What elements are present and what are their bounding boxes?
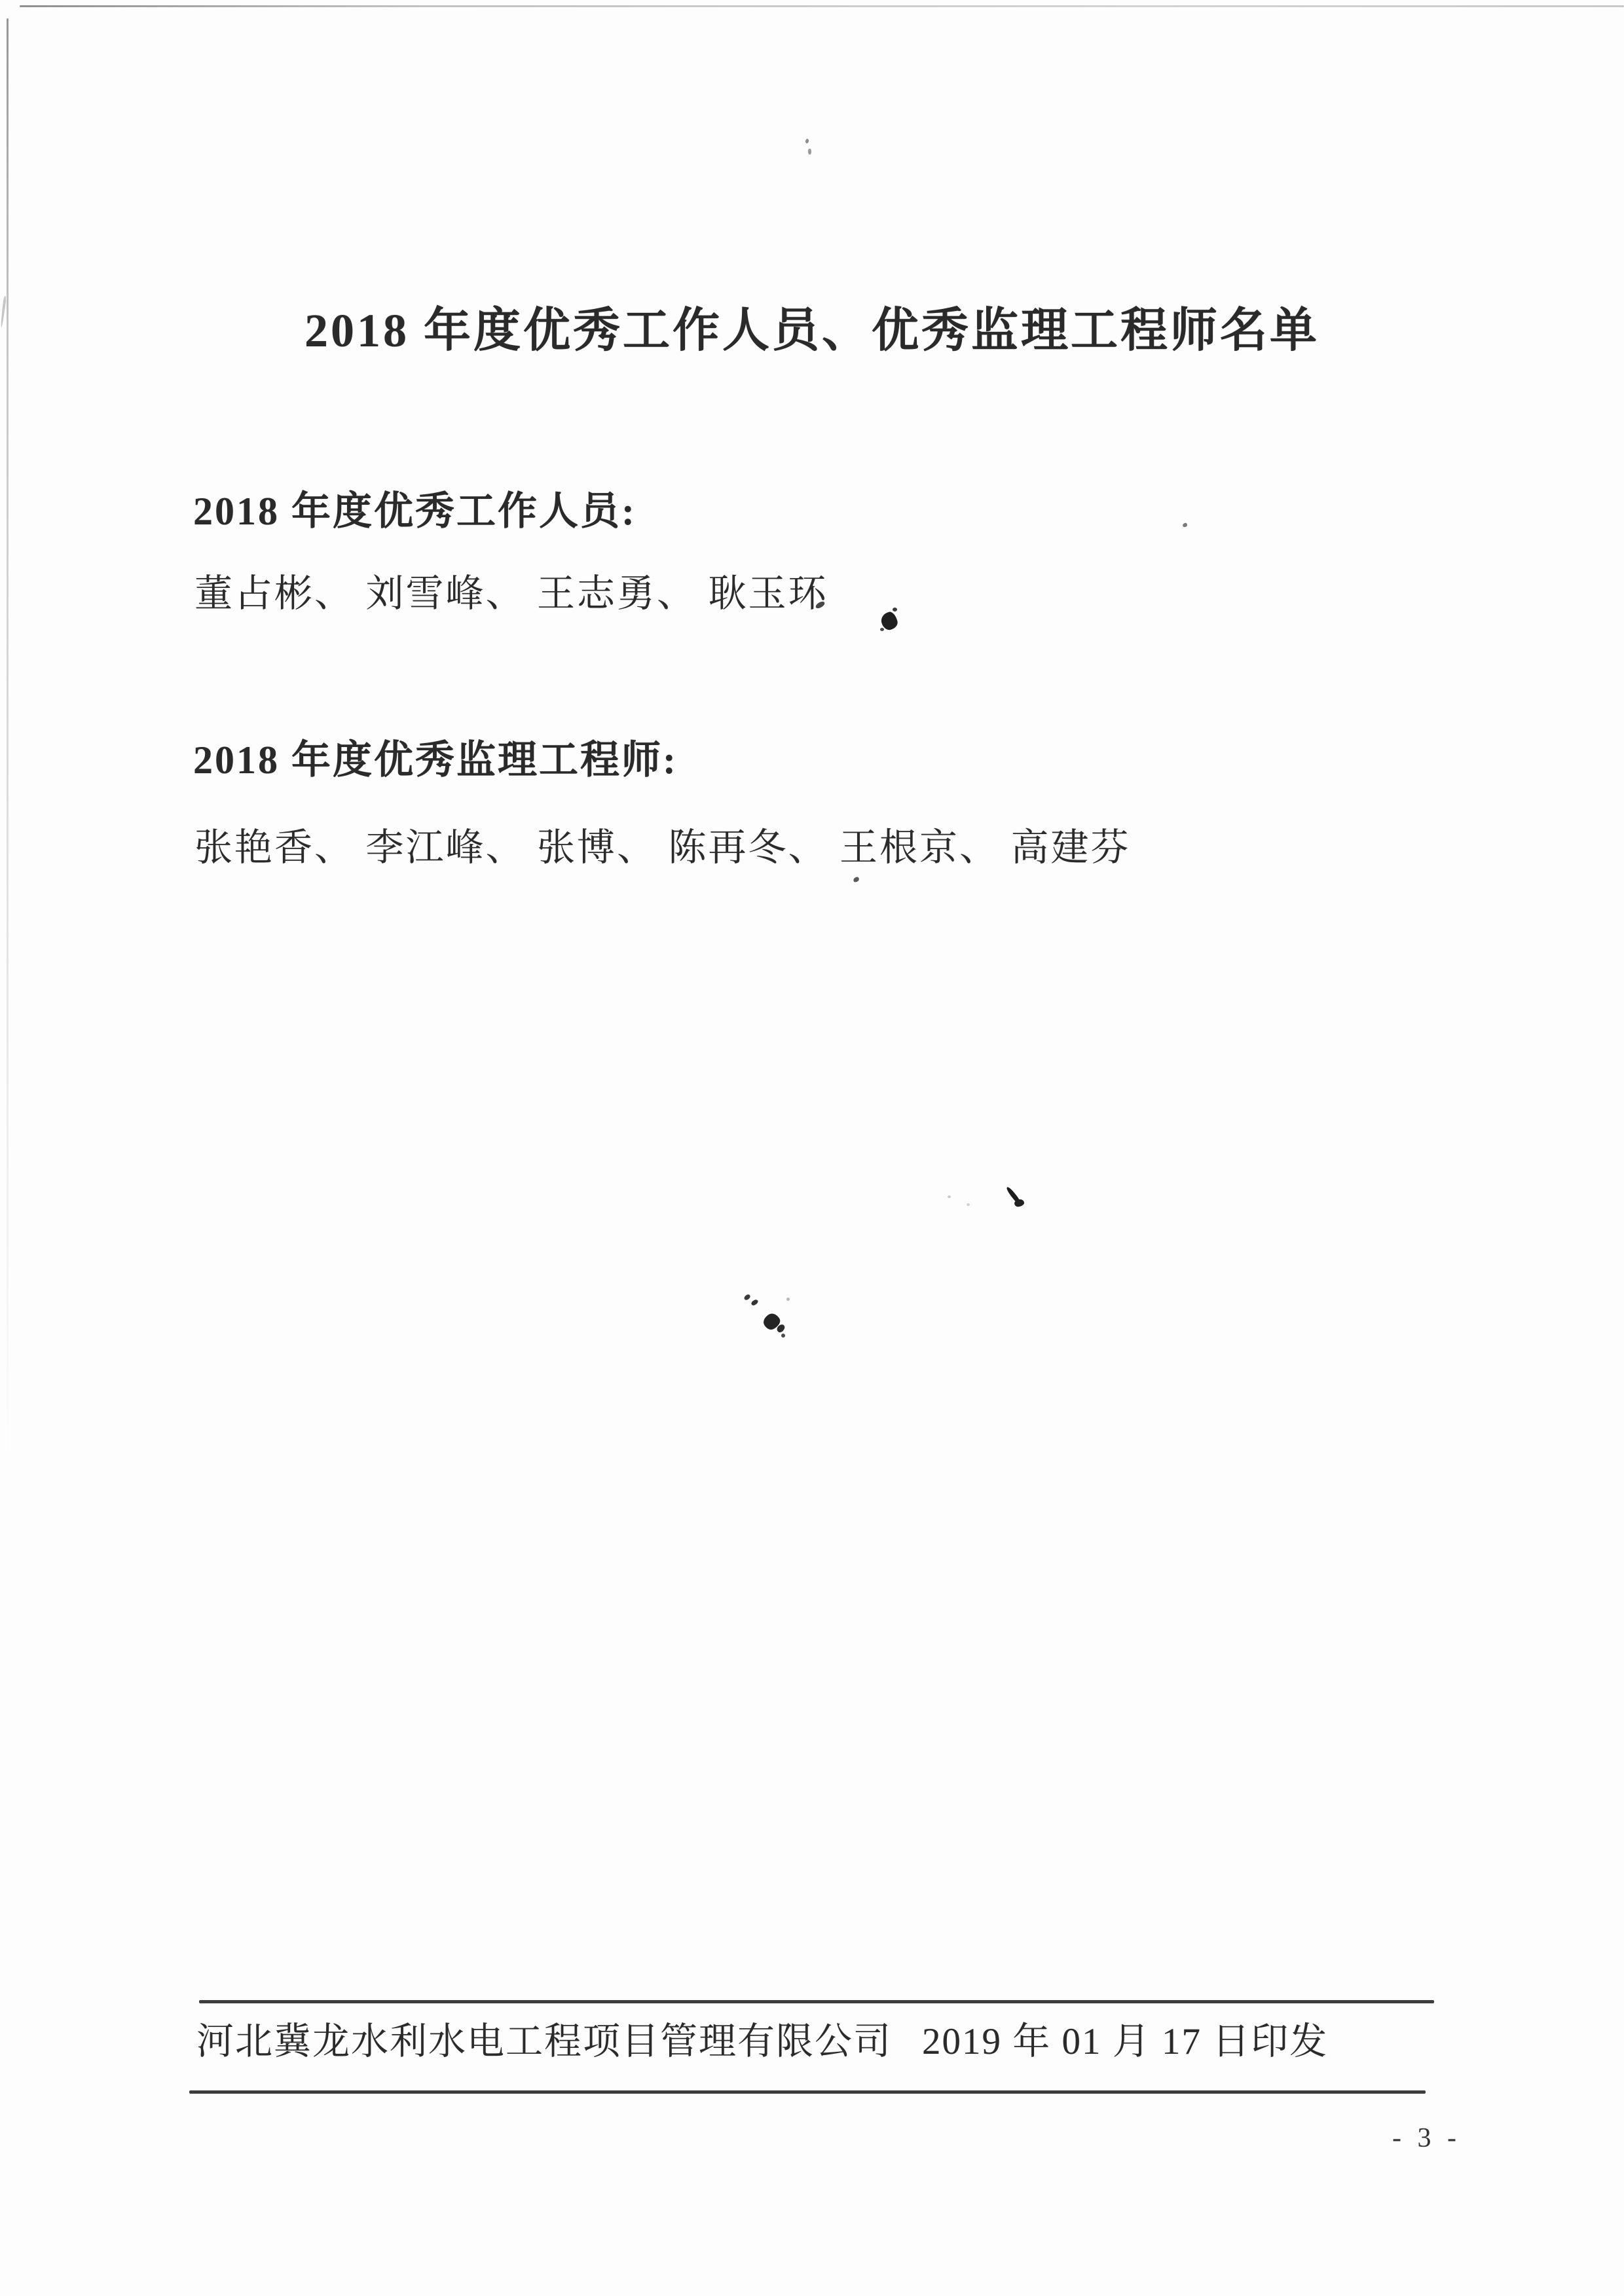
ink-speck <box>805 139 809 144</box>
ink-speck <box>967 1203 970 1206</box>
ink-speck <box>948 1195 951 1198</box>
footer-print-date: 2019 年 01 月 17 日印发 <box>922 2021 1328 2062</box>
names-list-outstanding-staff: 董占彬、 刘雪峰、 王志勇、 耿玉环 <box>194 572 828 616</box>
scan-edge-left-line <box>7 18 9 1819</box>
ink-speck <box>893 608 897 611</box>
ink-speck <box>750 1299 759 1306</box>
ink-blob <box>1014 1199 1025 1207</box>
document-title: 2018 年度优秀工作人员、优秀监理工程师名单 <box>0 302 1624 359</box>
footer-rule-top <box>199 2000 1434 2003</box>
ink-speck <box>808 149 811 155</box>
footer-issuer: 河北冀龙水利水电工程项目管理有限公司 <box>196 2021 892 2062</box>
ink-speck <box>853 877 860 883</box>
ink-speck <box>743 1294 751 1301</box>
section-heading-outstanding-staff: 2018 年度优秀工作人员: <box>193 490 637 533</box>
footer-imprint-line: 河北冀龙水利水电工程项目管理有限公司2019 年 01 月 17 日印发 <box>196 2022 1328 2063</box>
ink-speck <box>781 1334 785 1338</box>
ink-speck <box>880 628 884 631</box>
scanned-document-page: 2018 年度优秀工作人员、优秀监理工程师名单 2018 年度优秀工作人员: 董… <box>0 0 1624 2296</box>
section-heading-supervising-engineers: 2018 年度优秀监理工程师: <box>193 738 678 782</box>
scan-edge-top-line <box>20 5 1624 7</box>
footer-rule-bottom <box>189 2090 1426 2094</box>
ink-speck <box>786 1298 790 1301</box>
page-number: - 3 - <box>1392 2123 1461 2154</box>
ink-speck <box>1182 522 1188 528</box>
names-list-supervising-engineers: 张艳香、 李江峰、 张博、 陈再冬、 王根京、 高建芬 <box>194 826 1131 870</box>
